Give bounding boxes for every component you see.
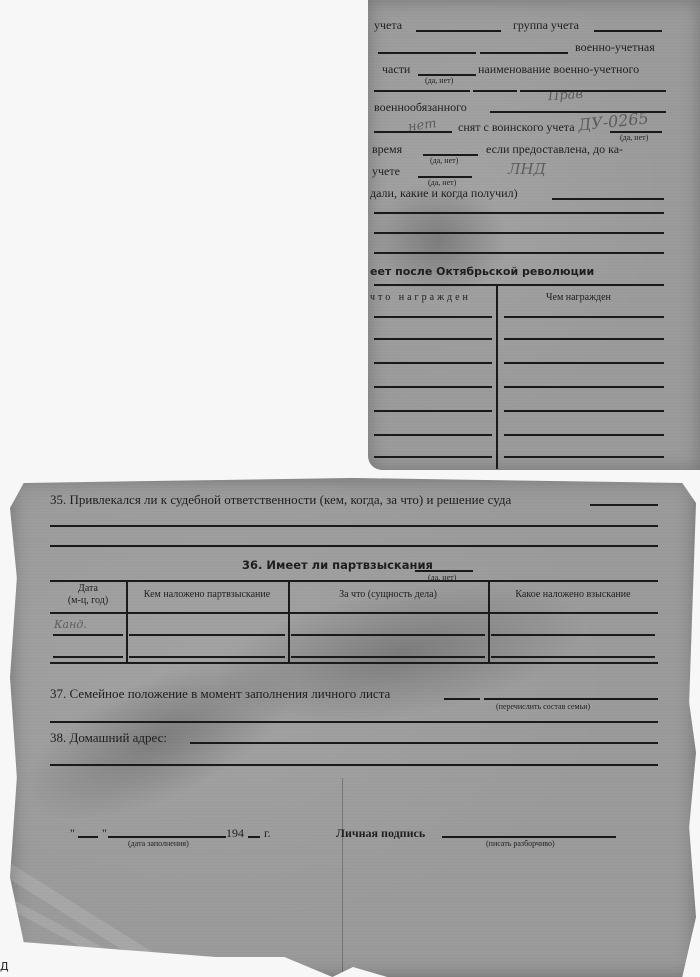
label-uchet: учета — [374, 18, 402, 33]
table-rule — [50, 612, 658, 614]
date-month-field[interactable] — [108, 836, 226, 838]
label-kakie-kogda: дали, какие и когда получил) — [370, 186, 518, 201]
signature-label: Личная подпись — [336, 826, 425, 841]
awards-row-field-1[interactable] — [374, 434, 492, 436]
table-cell-field[interactable] — [491, 634, 655, 636]
table-header-cell: Кем наложено партвзыскание — [126, 589, 288, 601]
table-cell-field[interactable] — [291, 656, 485, 658]
label-voenno-uchetnaya: военно-учетная — [575, 40, 655, 55]
field-row10[interactable] — [374, 212, 664, 214]
section38-field-1[interactable] — [190, 742, 658, 744]
label-naimenovanie: наименование военно-учетного — [478, 62, 639, 77]
awards-row-field-1[interactable] — [374, 338, 492, 340]
section37-hint: (перечислить состав семьи) — [496, 702, 590, 711]
field-row12[interactable] — [374, 252, 664, 254]
section36-heading: 36. Имеет ли партвзыскания — [242, 558, 433, 572]
table-rule — [50, 580, 658, 582]
section35-field-1[interactable] — [590, 504, 658, 506]
field-row4a[interactable] — [374, 90, 470, 92]
awards-table-divider — [496, 284, 498, 469]
awards-row-field-1[interactable] — [374, 316, 492, 318]
form-sheet-bottom: 35. Привлекался ли к судебной ответствен… — [10, 478, 696, 977]
field-uchet[interactable] — [416, 30, 501, 32]
field-gruppa-ucheta[interactable] — [594, 30, 662, 32]
section37-field-3[interactable] — [50, 721, 658, 723]
label-gruppa-ucheta: группа учета — [513, 18, 579, 33]
sheet-edge — [342, 778, 343, 977]
awards-row-field-2[interactable] — [504, 338, 664, 340]
label-voennoobyazannogo: военнообязанного — [374, 100, 467, 115]
awards-row-field-1[interactable] — [374, 362, 492, 364]
awards-row-field-1[interactable] — [374, 456, 492, 458]
field-kakie-kogda[interactable] — [552, 198, 664, 200]
year-suffix: г. — [264, 826, 271, 841]
field-row2a[interactable] — [378, 52, 476, 54]
table-cell-field[interactable] — [491, 656, 655, 658]
field-row4c[interactable] — [520, 90, 666, 92]
quote-close: " — [102, 826, 107, 841]
table-cell-field[interactable] — [53, 656, 123, 658]
table-cell-field[interactable] — [129, 634, 285, 636]
section37-label: 37. Семейное положение в момент заполнен… — [50, 686, 390, 702]
field-row2b[interactable] — [480, 52, 568, 54]
awards-row-field-2[interactable] — [504, 362, 664, 364]
signature-field[interactable] — [442, 836, 616, 838]
table-header-cell: Какое наложено взыскание — [488, 589, 658, 601]
awards-table-top — [374, 284, 664, 286]
awards-row-field-2[interactable] — [504, 316, 664, 318]
label-snyat: снят с воинского учета — [458, 120, 575, 135]
table-header-cell: За что (сущность дела) — [288, 589, 488, 601]
section35-field-2[interactable] — [50, 525, 658, 527]
field-row11[interactable] — [374, 232, 664, 234]
awards-col1: что награжден — [370, 292, 471, 303]
field-row4b[interactable] — [473, 90, 517, 92]
section35-label: 35. Привлекался ли к судебной ответствен… — [50, 492, 511, 508]
awards-row-field-2[interactable] — [504, 410, 664, 412]
table-header-cell: Дата (м-ц, год) — [50, 583, 126, 607]
section37-field-2[interactable] — [484, 698, 658, 700]
table-cell-field[interactable] — [291, 634, 485, 636]
label-esli-predostavlena: если предоставлена, до ка- — [486, 142, 623, 157]
hint-da-net: (да, нет) — [430, 156, 458, 165]
hint-da-net: (да, нет) — [425, 76, 453, 85]
table-cell-field[interactable] — [129, 656, 285, 658]
label-vremya: время — [372, 142, 402, 157]
section38-label: 38. Домашний адрес: — [50, 730, 167, 746]
hint-da-net: (да, нет) — [620, 133, 648, 142]
awards-row-field-2[interactable] — [504, 386, 664, 388]
signature-hint: (писать разборчиво) — [486, 839, 555, 848]
section38-field-2[interactable] — [50, 764, 658, 766]
section37-field-1[interactable] — [444, 698, 480, 700]
date-day-field[interactable] — [78, 836, 98, 838]
label-chasti: части — [382, 62, 410, 77]
awards-heading: еет после Октябрьской революции — [370, 265, 594, 278]
table-cell-handwriting: Канд. — [54, 618, 87, 631]
awards-row-field-2[interactable] — [504, 434, 664, 436]
date-year-field[interactable] — [248, 836, 260, 838]
year-prefix: 194 — [226, 826, 244, 841]
form-fragment-top: учета группа учета военно-учетная части … — [368, 0, 700, 470]
label-uchete: учете — [372, 164, 400, 179]
quote-open: " — [70, 826, 75, 841]
table-rule — [50, 662, 658, 664]
handwriting: Прав — [548, 87, 584, 104]
corner-mark: Д — [0, 960, 9, 973]
date-hint: (дата заполнения) — [128, 839, 189, 848]
handwriting: ЛНД — [508, 160, 546, 178]
section35-field-3[interactable] — [50, 545, 658, 547]
awards-row-field-1[interactable] — [374, 410, 492, 412]
awards-row-field-1[interactable] — [374, 386, 492, 388]
section36-field[interactable] — [415, 570, 473, 572]
table-cell-field[interactable] — [53, 634, 123, 636]
awards-row-field-2[interactable] — [504, 456, 664, 458]
awards-col2: Чем награжден — [546, 292, 611, 303]
